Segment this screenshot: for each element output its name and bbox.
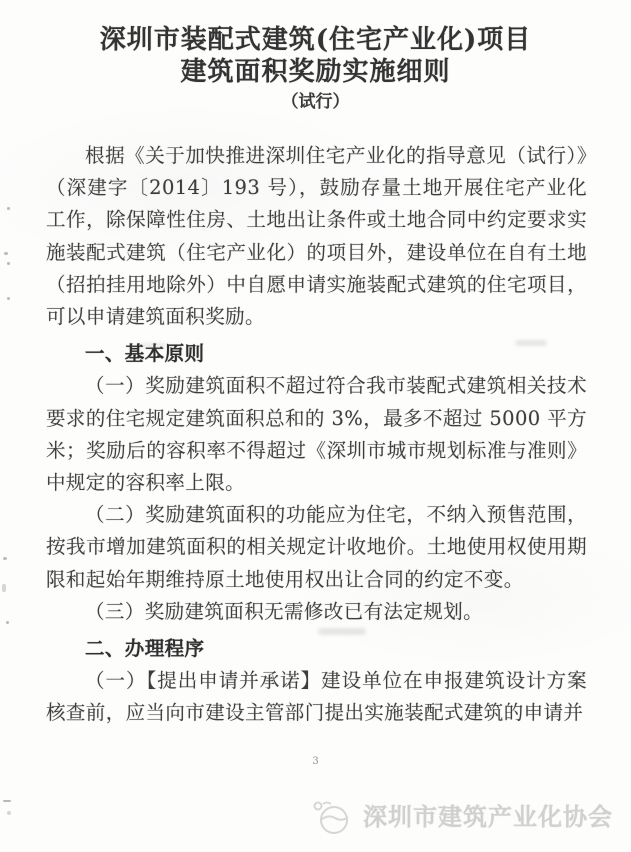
page-number: 3 (0, 756, 631, 767)
association-logo-icon (310, 794, 354, 840)
body-paragraph: 根据《关于加快推进深圳住宅产业化的指导意见（试行）》（深建字〔2014〕193 … (46, 140, 587, 333)
body-paragraph: （二）奖励建筑面积的功能应为住宅，不纳入预售范围，按我市增加建筑面积的相关规定计… (46, 499, 587, 596)
scan-artifact (507, 186, 509, 192)
title-line-1: 深圳市装配式建筑(住宅产业化)项目 (0, 24, 631, 56)
scan-artifact (3, 800, 11, 802)
title-subtitle: （试行） (0, 90, 631, 114)
body-paragraph: （一）奖励建筑面积不超过符合我市装配式建筑相关技术要求的住宅规定建筑面积总和的 … (46, 370, 587, 499)
section-heading: 一、基本原则 (46, 338, 587, 370)
scan-artifact (7, 297, 10, 300)
document-title: 深圳市装配式建筑(住宅产业化)项目 建筑面积奖励实施细则 （试行） (0, 0, 631, 114)
scan-artifact (7, 262, 10, 265)
scan-smudge (318, 628, 366, 635)
scan-smudge (140, 343, 166, 348)
scan-artifact (6, 621, 9, 624)
association-name: 深圳市建筑产业化协会 (363, 794, 613, 840)
scan-artifact (7, 811, 11, 815)
association-watermark: 深圳市建筑产业化协会 (310, 794, 613, 840)
scanned-document-page: 深圳市装配式建筑(住宅产业化)项目 建筑面积奖励实施细则 （试行） 根据《关于加… (0, 0, 631, 852)
title-line-2: 建筑面积奖励实施细则 (0, 56, 631, 88)
scan-artifact (4, 252, 8, 255)
scan-artifact (7, 207, 10, 210)
document-body: 根据《关于加快推进深圳住宅产业化的指导意见（试行）》（深建字〔2014〕193 … (0, 140, 631, 730)
scan-smudge (515, 340, 547, 346)
section-heading: 二、办理程序 (46, 633, 587, 665)
scan-artifact (2, 584, 6, 592)
body-paragraph: （三）奖励建筑面积无需修改已有法定规划。 (46, 596, 587, 628)
scan-artifact (3, 557, 7, 560)
body-paragraph: （一）【提出申请并承诺】建设单位在申报建筑设计方案核查前，应当向市建设主管部门提… (46, 665, 587, 729)
